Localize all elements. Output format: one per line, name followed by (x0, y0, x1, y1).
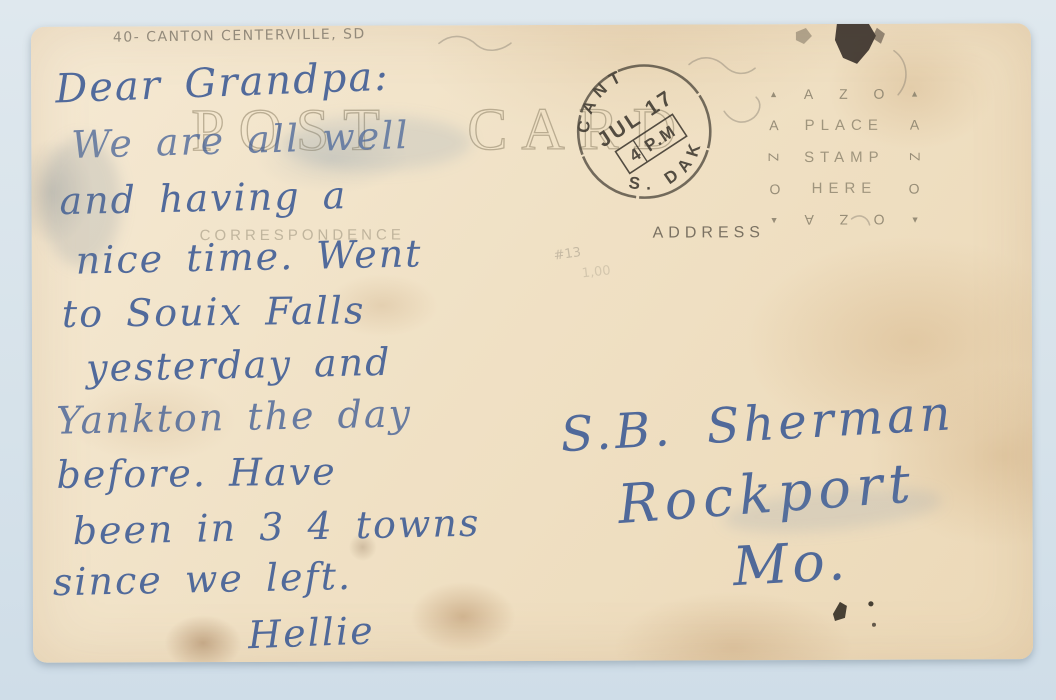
stamp-box-letter: Z (839, 86, 848, 102)
address-line-city: Rockport (616, 451, 919, 536)
stamp-box-row: A PLACE A (767, 116, 921, 134)
scanned-postcard-page: { "postcard": { "pencil_note": "40- CANT… (0, 0, 1056, 700)
address-label: ADDRESS (653, 224, 765, 242)
stamp-box-letter: A (910, 117, 919, 133)
triangle-up-icon: ▲ (910, 89, 919, 98)
stamp-box-place: PLACE (805, 117, 884, 134)
message-line: to Souix Falls (62, 288, 366, 336)
triangle-down-icon: ▼ (770, 216, 779, 225)
stamp-box-letter: A (769, 117, 778, 133)
stamp-box-row: Z STAMP Z (767, 148, 921, 166)
stamp-box-letter: O (909, 180, 920, 196)
stamp-box-letter: O (873, 86, 884, 102)
stamp-box-letter: O (769, 181, 780, 197)
stamp-box-here: HERE (812, 180, 878, 197)
address-line-name: S.B. Sherman (559, 385, 956, 463)
torn-stamp-remnant (835, 24, 876, 64)
stamp-remnant-fragment (796, 28, 812, 44)
stamp-box-letter: Z (766, 153, 782, 162)
pencil-mark-number: #13 (553, 245, 582, 264)
message-line: nice time. Went (75, 231, 423, 282)
triangle-up-icon: ▲ (769, 90, 778, 99)
ink-dot (868, 601, 873, 606)
postmark-stamp: CANT JUL 17 4 P.M S. DAK (527, 14, 762, 249)
stamp-box-top-row: ▲ A Z O ▲ (767, 86, 921, 103)
stamp-box-letter: Z (907, 152, 923, 161)
pencil-note: 40- CANTON CENTERVILLE, SD (113, 26, 366, 46)
pencil-mark-price: 1,00 (581, 263, 611, 281)
ink-dot (872, 623, 876, 627)
stamp-remnant-fragment (872, 28, 885, 44)
stamp-box-letter: O (874, 212, 885, 228)
message-line: yesterday and (86, 340, 392, 390)
triangle-down-icon: ▼ (911, 215, 920, 224)
stamp-box: ▲ A Z O ▲ A PLACE A Z STAMP Z O HERE O ▼… (767, 86, 921, 229)
message-line: before. Have (56, 449, 337, 496)
pencil-squiggle (439, 36, 511, 50)
message-line: Yankton the day (56, 391, 413, 442)
stamp-box-row: O HERE O (767, 180, 921, 198)
stamp-box-letter: A (804, 212, 813, 228)
stamp-box-bottom-row: ▼ A Z O ▼ (768, 212, 922, 229)
message-line: since we left. (52, 554, 352, 604)
message-line: and having a (59, 173, 348, 223)
message-line: been in 3 4 towns (72, 501, 481, 554)
ink-blot (833, 602, 847, 621)
signature: Hellie (247, 608, 375, 657)
stamp-box-stamp: STAMP (804, 148, 885, 165)
stamp-box-letter: A (804, 86, 813, 102)
stamp-box-letter: Z (839, 212, 848, 228)
address-line-state: Mo. (731, 529, 850, 598)
postcard: POST CARD CORRESPONDENCE ADDRESS ▲ A Z O… (31, 23, 1033, 662)
